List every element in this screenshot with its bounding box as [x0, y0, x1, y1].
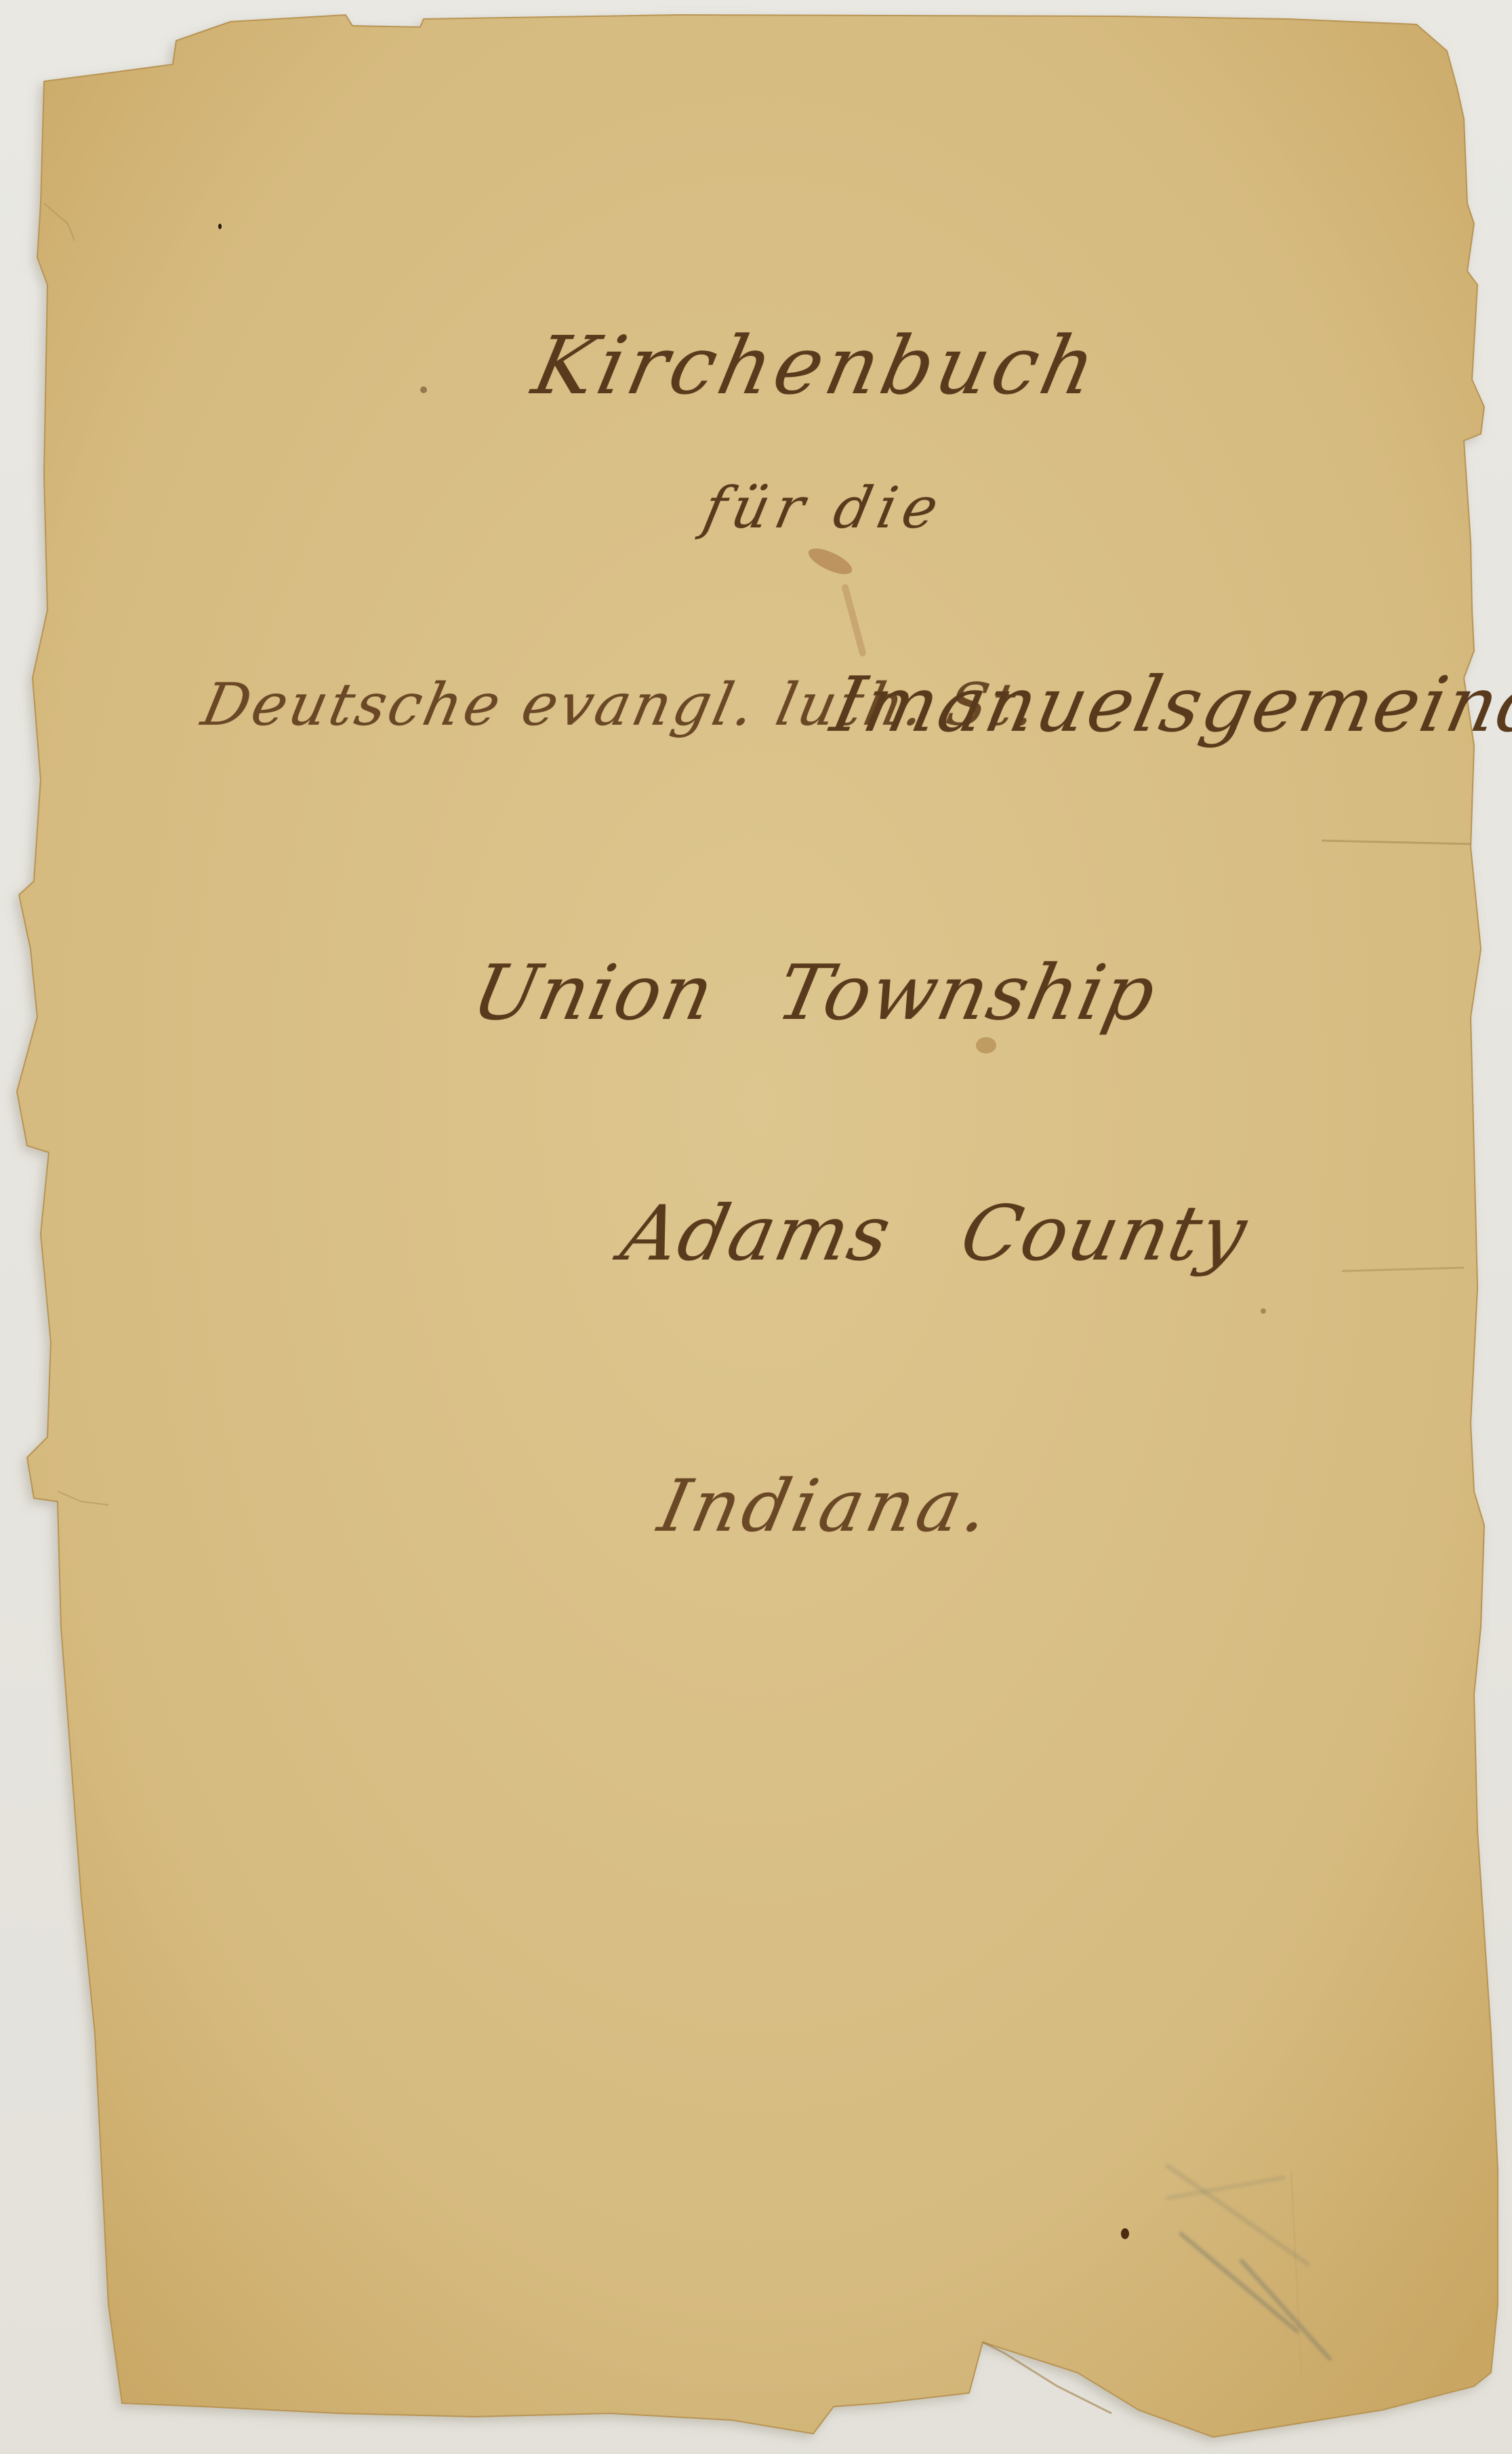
line-indiana: Indiana.: [652, 1464, 1000, 1548]
line-union-township: Union Township: [465, 949, 1164, 1037]
scan-background: Kirchenbuch für die Deutsche evangl. lut…: [0, 0, 1512, 2454]
line-imanuelsgemeinde: Imanuelsgemeinde.: [824, 661, 1512, 749]
line-fuer-die: für die: [698, 475, 951, 541]
line-adams-county: Adams County: [614, 1190, 1255, 1278]
title-kirchenbuch: Kirchenbuch: [525, 319, 1107, 412]
